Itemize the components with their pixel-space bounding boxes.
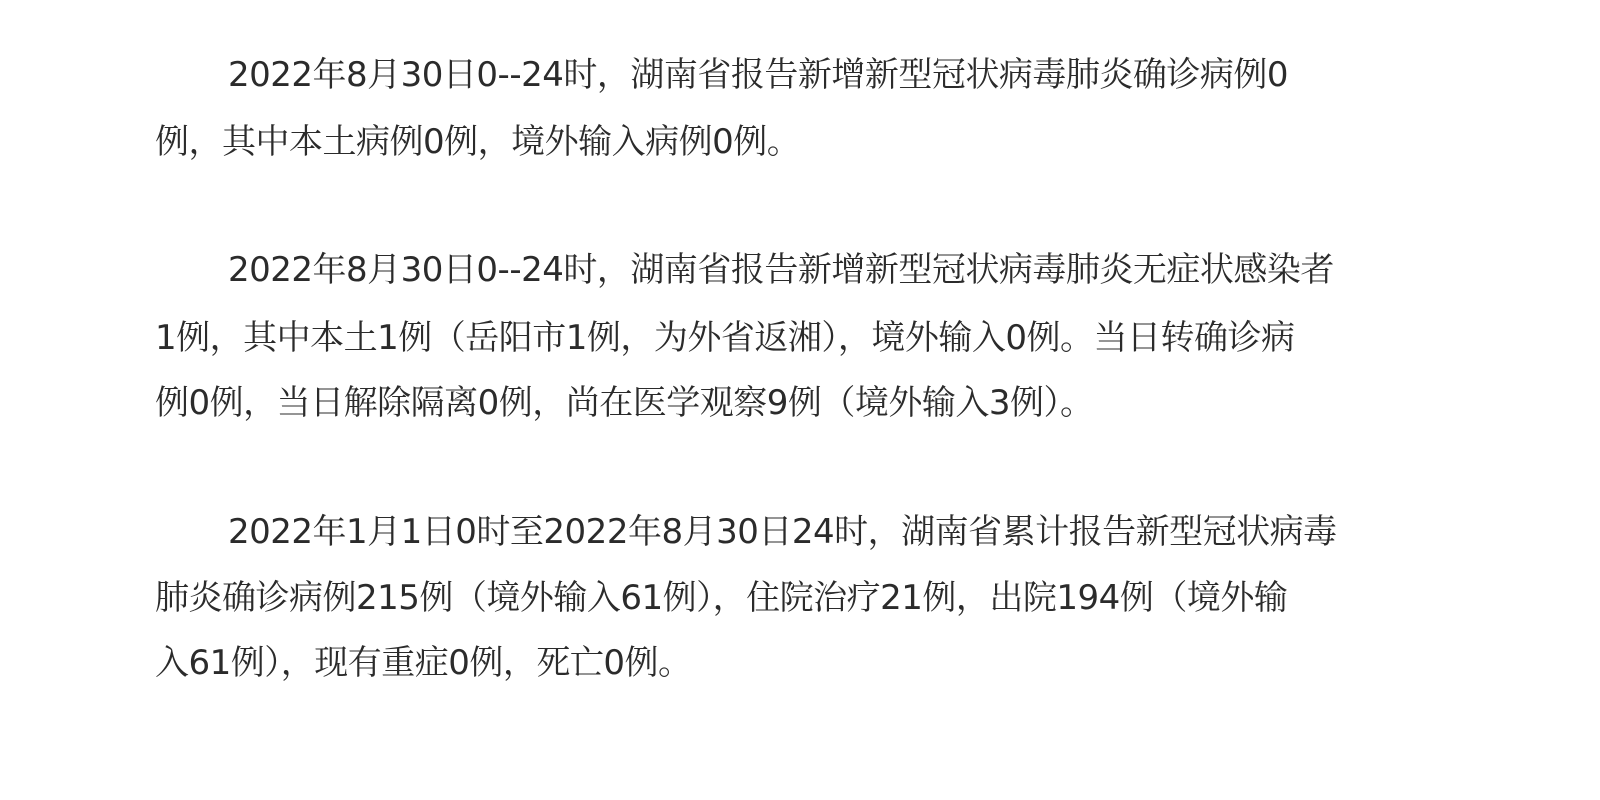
paragraph-line: 1例，其中本土1例（岳阳市1例，为外省返湘），境外输入0例。当日转确诊病 xyxy=(155,318,1295,358)
paragraph-line: 2022年1月1日0时至2022年8月30日24时，湖南省累计报告新型冠状病毒 xyxy=(228,512,1337,552)
paragraph-line: 2022年8月30日0--24时，湖南省报告新增新型冠状病毒肺炎确诊病例0 xyxy=(228,55,1288,95)
paragraph-line: 入61例），现有重症0例，死亡0例。 xyxy=(155,643,692,683)
paragraph-line: 例，其中本土病例0例，境外输入病例0例。 xyxy=(155,122,800,162)
paragraph-line: 2022年8月30日0--24时，湖南省报告新增新型冠状病毒肺炎无症状感染者 xyxy=(228,250,1334,290)
article-body: 2022年8月30日0--24时，湖南省报告新增新型冠状病毒肺炎确诊病例0 例，… xyxy=(0,0,1600,800)
paragraph-line: 肺炎确诊病例215例（境外输入61例），住院治疗21例，出院194例（境外输 xyxy=(155,578,1287,618)
paragraph-line: 例0例，当日解除隔离0例，尚在医学观察9例（境外输入3例）。 xyxy=(155,383,1094,423)
